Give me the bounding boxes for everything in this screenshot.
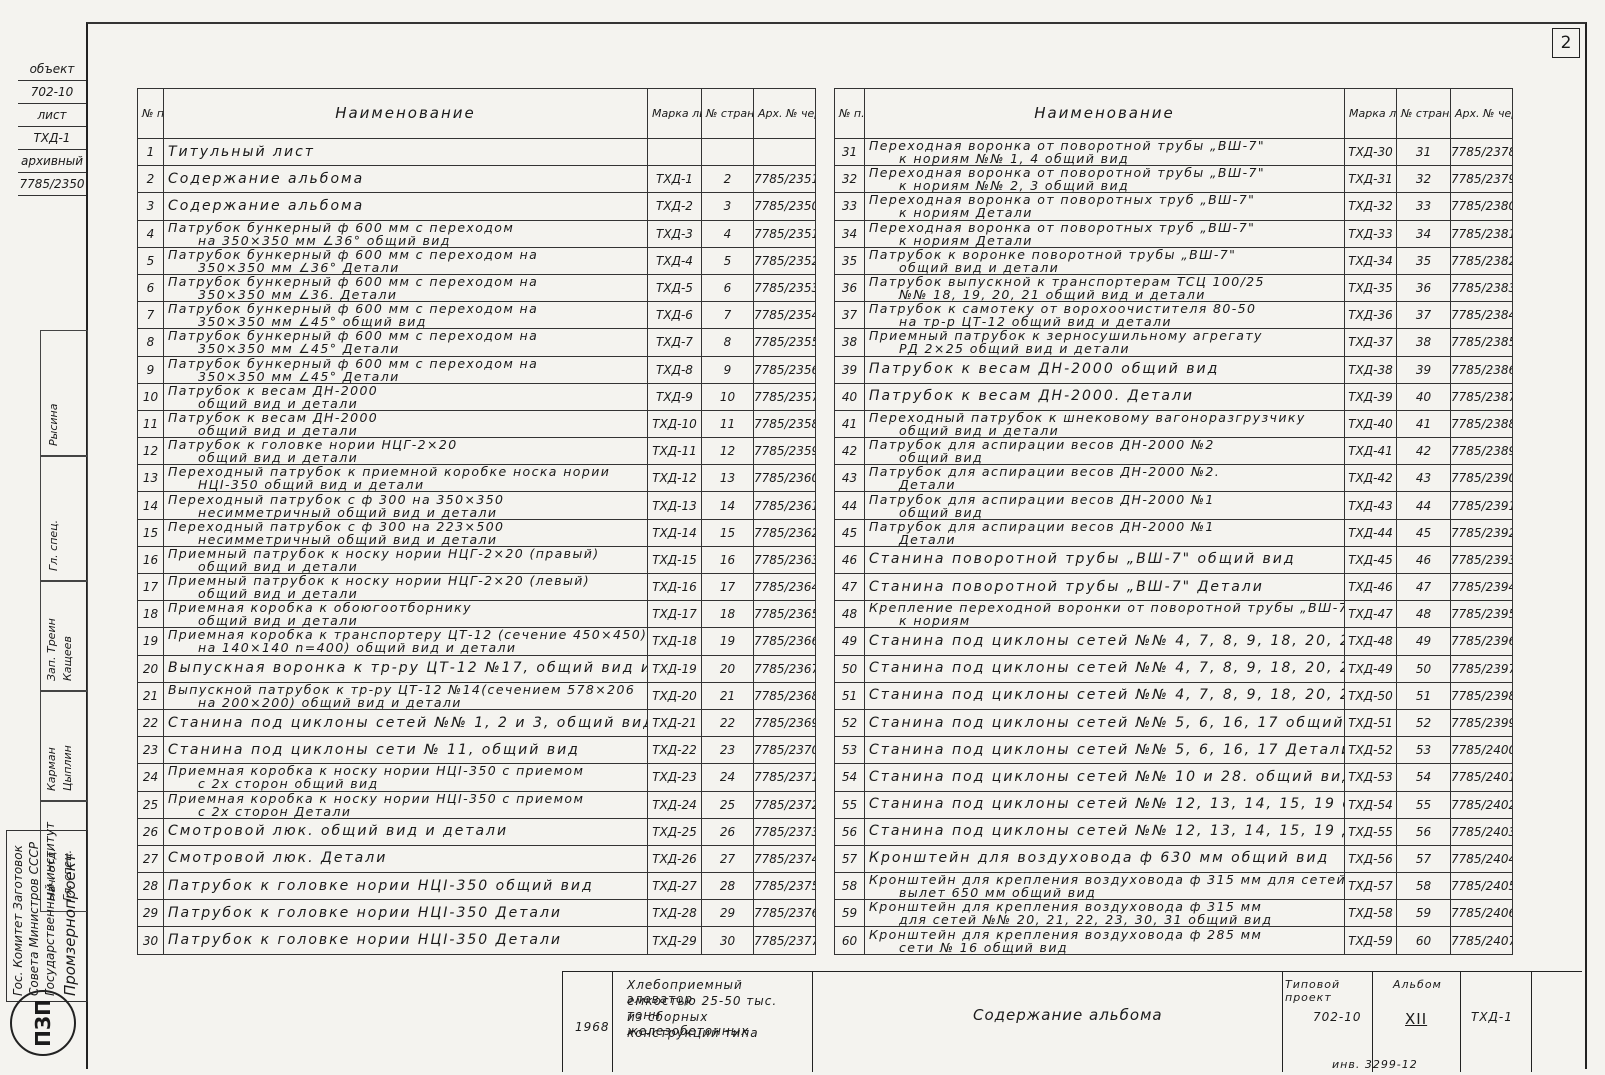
row-archive-number: 7785/2350 [754, 193, 816, 220]
row-number: 20 [138, 655, 164, 682]
org-line: Государственный институт [43, 822, 57, 996]
contents-table-left: № п.п. Наименование Марка лист № страниц… [137, 88, 816, 955]
archive-stamp: объект 702-10 лист ТХД-1 архивный 7785/2… [18, 58, 86, 196]
col-mark-header: Марка лист [1345, 89, 1397, 139]
col-mark-header: Марка лист [648, 89, 702, 139]
row-name: Патрубок к весам ДН-2000общий вид и дета… [164, 410, 648, 437]
row-number: 24 [138, 764, 164, 791]
table-row: 6Патрубок бункерный ф 600 мм с переходом… [138, 274, 816, 301]
row-name-line-1: Смотровой люк. Детали [168, 852, 643, 865]
row-page: 37 [1397, 302, 1451, 329]
row-archive-number: 7785/2399 [1451, 709, 1513, 736]
row-archive-number: 7785/2379 [1451, 166, 1513, 193]
row-page: 28 [702, 873, 754, 900]
row-number: 21 [138, 682, 164, 709]
row-page: 49 [1397, 628, 1451, 655]
year-cell: 1968 [562, 972, 613, 1072]
row-number: 23 [138, 737, 164, 764]
row-mark: ТХД-26 [648, 845, 702, 872]
row-name-line-2: общий вид и детали [168, 397, 643, 410]
project-name-cell: Хлебоприемный элеватор емкостью 25-50 ты… [612, 972, 813, 1072]
row-number: 6 [138, 274, 164, 301]
row-archive-number [754, 139, 816, 166]
album-cell: Альбом XII [1372, 972, 1461, 1072]
col-arch-header: Арх. № чертежа [1451, 89, 1513, 139]
table-row: 48Крепление переходной воронки от поворо… [835, 601, 1513, 628]
row-mark: ТХД-56 [1345, 845, 1397, 872]
table-row: 58Кронштейн для крепления воздуховода ф … [835, 873, 1513, 900]
row-archive-number: 7785/2368 [754, 682, 816, 709]
row-name-line-2: общий вид и детали [168, 614, 643, 627]
row-number: 11 [138, 410, 164, 437]
row-mark: ТХД-1 [648, 166, 702, 193]
table-row: 40Патрубок к весам ДН-2000. ДеталиТХД-39… [835, 383, 1513, 410]
row-number: 42 [835, 438, 865, 465]
row-archive-number: 7785/2355 [754, 329, 816, 356]
row-name: Кронштейн для крепления воздуховода ф 31… [865, 873, 1345, 900]
row-name-line-1: Станина под циклоны сетей №№ 5, 6, 16, 1… [869, 717, 1340, 730]
row-mark: ТХД-7 [648, 329, 702, 356]
row-archive-number: 7785/2375 [754, 873, 816, 900]
row-page: 36 [1397, 274, 1451, 301]
row-name: Крепление переходной воронки от поворотн… [865, 601, 1345, 628]
row-mark: ТХД-44 [1345, 519, 1397, 546]
row-mark: ТХД-47 [1345, 601, 1397, 628]
row-name-line-1: Станина под циклоны сетей №№ 5, 6, 16, 1… [869, 744, 1340, 757]
row-name-line-2: общий вид и детали [168, 424, 643, 437]
row-archive-number: 7785/2395 [1451, 601, 1513, 628]
row-mark: ТХД-14 [648, 519, 702, 546]
row-name-line-1: Патрубок к головке нории НЦI-350 Детали [168, 934, 643, 947]
row-name-line-1: Содержание альбома [168, 173, 643, 186]
row-page: 54 [1397, 764, 1451, 791]
table-row: 56Станина под циклоны сетей №№ 12, 13, 1… [835, 818, 1513, 845]
row-page: 9 [702, 356, 754, 383]
row-name-line-2: на 350×350 мм ∠36° общий вид [168, 234, 643, 247]
table-row: 44Патрубок для аспирации весов ДН-2000 №… [835, 492, 1513, 519]
row-mark: ТХД-55 [1345, 818, 1397, 845]
contents-table-right: № п.п. Наименование Марка лист № страниц… [834, 88, 1513, 955]
row-page: 4 [702, 220, 754, 247]
row-name-line-1: Патрубок к весам ДН-2000 [168, 384, 643, 397]
row-number: 5 [138, 247, 164, 274]
row-page: 55 [1397, 791, 1451, 818]
col-num-header: № п.п. [835, 89, 865, 139]
row-mark: ТХД-24 [648, 791, 702, 818]
row-mark: ТХД-46 [1345, 574, 1397, 601]
col-page-header: № страниц альбома [1397, 89, 1451, 139]
table-row: 37Патрубок к самотеку от ворохоочистител… [835, 302, 1513, 329]
row-name-line-2: 350×350 мм ∠36. Детали [168, 288, 643, 301]
row-number: 40 [835, 383, 865, 410]
row-number: 26 [138, 818, 164, 845]
row-number: 30 [138, 927, 164, 954]
row-number: 48 [835, 601, 865, 628]
table-row: 13Переходный патрубок к приемной коробке… [138, 465, 816, 492]
sheet-code-cell: ТХД-1 [1460, 972, 1532, 1072]
table-row: 9Патрубок бункерный ф 600 мм с переходом… [138, 356, 816, 383]
row-page: 31 [1397, 139, 1451, 166]
row-number: 47 [835, 574, 865, 601]
table-row: 11Патрубок к весам ДН-2000общий вид и де… [138, 410, 816, 437]
table-row: 54Станина под циклоны сетей №№ 10 и 28. … [835, 764, 1513, 791]
org-line: Совета Министров СССР [27, 842, 41, 996]
row-page: 52 [1397, 709, 1451, 736]
row-name: Патрубок для аспирации весов ДН-2000 №1Д… [865, 519, 1345, 546]
row-archive-number: 7785/2396 [1451, 628, 1513, 655]
row-name: Переходная воронка от поворотных труб „В… [865, 220, 1345, 247]
row-name: Приемная коробка к носку нории НЦI-350 с… [164, 764, 648, 791]
row-number: 33 [835, 193, 865, 220]
row-mark: ТХД-19 [648, 655, 702, 682]
row-name-line-1: Станина под циклоны сетей №№ 10 и 28. об… [869, 771, 1340, 784]
row-mark: ТХД-43 [1345, 492, 1397, 519]
row-page: 15 [702, 519, 754, 546]
row-archive-number: 7785/2388 [1451, 410, 1513, 437]
row-name: Переходный патрубок с ф 300 на 223×500не… [164, 519, 648, 546]
row-archive-number: 7785/2407 [1451, 927, 1513, 954]
table-row: 39Патрубок к весам ДН-2000 общий видТХД-… [835, 356, 1513, 383]
row-name: Станина под циклоны сетей №№ 5, 6, 16, 1… [865, 737, 1345, 764]
table-row: 27Смотровой люк. ДеталиТХД-26277785/2374 [138, 845, 816, 872]
archive-label: архивный [18, 150, 86, 173]
row-number: 10 [138, 383, 164, 410]
row-name-line-1: Станина под циклоны сетей №№ 12, 13, 14,… [869, 825, 1340, 838]
row-name-line-1: Патрубок для аспирации весов ДН-2000 №1 [869, 493, 1340, 506]
row-mark: ТХД-30 [1345, 139, 1397, 166]
row-mark: ТХД-29 [648, 927, 702, 954]
row-name-line-2: общий вид [869, 506, 1340, 519]
row-archive-number: 7785/2365 [754, 601, 816, 628]
row-name-line-1: Станина под циклоны сетей №№ 4, 7, 8, 9,… [869, 662, 1340, 675]
row-mark: ТХД-54 [1345, 791, 1397, 818]
row-name-line-1: Станина поворотной трубы „ВШ-7" Детали [869, 581, 1340, 594]
row-page: 60 [1397, 927, 1451, 954]
row-name: Переходный патрубок с ф 300 на 350×350не… [164, 492, 648, 519]
row-page: 3 [702, 193, 754, 220]
row-page: 32 [1397, 166, 1451, 193]
row-name-line-2: РД 2×25 общий вид и детали [869, 342, 1340, 355]
row-name-line-1: Выпускная воронка к тр-ру ЦТ-12 №17, общ… [168, 662, 643, 675]
row-name-line-2: несимметричный общий вид и детали [168, 506, 643, 519]
row-name: Станина под циклоны сетей №№ 5, 6, 16, 1… [865, 709, 1345, 736]
row-mark: ТХД-3 [648, 220, 702, 247]
table-row: 14Переходный патрубок с ф 300 на 350×350… [138, 492, 816, 519]
row-page: 39 [1397, 356, 1451, 383]
row-name: Приемная коробка к носку нории НЦI-350 с… [164, 791, 648, 818]
album-value: XII [1405, 1010, 1427, 1028]
row-mark: ТХД-23 [648, 764, 702, 791]
row-name: Станина под циклоны сети № 11, общий вид [164, 737, 648, 764]
row-page: 18 [702, 601, 754, 628]
table-row: 24Приемная коробка к носку нории НЦI-350… [138, 764, 816, 791]
row-mark: ТХД-21 [648, 709, 702, 736]
sheet-title: Содержание альбома [973, 1006, 1163, 1024]
sheet-code: ТХД-1 [1471, 1010, 1513, 1024]
row-number: 35 [835, 247, 865, 274]
row-name-line-2: на 140×140 n=400) общий вид и детали [168, 641, 643, 654]
row-name: Кронштейн для воздуховода ф 630 мм общий… [865, 845, 1345, 872]
row-archive-number: 7785/2380 [1451, 193, 1513, 220]
row-archive-number: 7785/2391 [1451, 492, 1513, 519]
row-name-line-1: Патрубок к весам ДН-2000. Детали [869, 390, 1340, 403]
row-number: 2 [138, 166, 164, 193]
row-page: 12 [702, 438, 754, 465]
row-archive-number: 7785/2400 [1451, 737, 1513, 764]
row-page: 50 [1397, 655, 1451, 682]
row-name: Патрубок к весам ДН-2000 общий вид [865, 356, 1345, 383]
row-archive-number: 7785/2362 [754, 519, 816, 546]
row-number: 16 [138, 546, 164, 573]
row-archive-number: 7785/2376 [754, 900, 816, 927]
row-number: 57 [835, 845, 865, 872]
row-mark: ТХД-18 [648, 628, 702, 655]
row-mark: ТХД-50 [1345, 682, 1397, 709]
row-name: Смотровой люк. общий вид и детали [164, 818, 648, 845]
row-archive-number: 7785/2358 [754, 410, 816, 437]
row-name-line-2: на тр-р ЦТ-12 общий вид и детали [869, 315, 1340, 328]
row-archive-number: 7785/2378 [1451, 139, 1513, 166]
row-number: 59 [835, 900, 865, 927]
row-mark: ТХД-2 [648, 193, 702, 220]
row-number: 13 [138, 465, 164, 492]
row-archive-number: 7785/2384 [1451, 302, 1513, 329]
row-page: 23 [702, 737, 754, 764]
row-mark: ТХД-28 [648, 900, 702, 927]
row-name-line-1: Переходный патрубок с ф 300 на 350×350 [168, 493, 643, 506]
row-mark: ТХД-13 [648, 492, 702, 519]
row-name-line-1: Станина под циклоны сетей №№ 12, 13, 14,… [869, 798, 1340, 811]
table-row: 38Приемный патрубок к зерносушильному аг… [835, 329, 1513, 356]
row-page: 33 [1397, 193, 1451, 220]
row-page: 35 [1397, 247, 1451, 274]
sheet-value: ТХД-1 [18, 127, 86, 150]
row-archive-number: 7785/2377 [754, 927, 816, 954]
row-page: 58 [1397, 873, 1451, 900]
row-name-line-2: на 200×200) общий вид и детали [168, 696, 643, 709]
table-row: 35Патрубок к воронке поворотной трубы „В… [835, 247, 1513, 274]
row-page: 16 [702, 546, 754, 573]
table-row: 12Патрубок к головке нории НЦГ-2×20общий… [138, 438, 816, 465]
row-name: Переходный патрубок к шнековому вагонора… [865, 410, 1345, 437]
row-archive-number: 7785/2374 [754, 845, 816, 872]
row-name-line-1: Станина под циклоны сетей №№ 4, 7, 8, 9,… [869, 635, 1340, 648]
row-name: Патрубок к весам ДН-2000. Детали [865, 383, 1345, 410]
row-mark: ТХД-53 [1345, 764, 1397, 791]
row-archive-number: 7785/2397 [1451, 655, 1513, 682]
row-archive-number: 7785/2367 [754, 655, 816, 682]
row-mark: ТХД-10 [648, 410, 702, 437]
table-row: 3Содержание альбомаТХД-237785/2350 [138, 193, 816, 220]
row-archive-number: 7785/2404 [1451, 845, 1513, 872]
signature-cell: Гл. спец. [47, 520, 60, 571]
row-number: 49 [835, 628, 865, 655]
row-archive-number: 7785/2405 [1451, 873, 1513, 900]
row-archive-number: 7785/2356 [754, 356, 816, 383]
row-archive-number: 7785/2387 [1451, 383, 1513, 410]
row-name: Патрубок выпускной к транспортерам ТСЦ 1… [865, 274, 1345, 301]
row-number: 54 [835, 764, 865, 791]
row-mark: ТХД-38 [1345, 356, 1397, 383]
row-name-line-2: общий вид [869, 451, 1340, 464]
row-name: Станина под циклоны сетей №№ 4, 7, 8, 9,… [865, 628, 1345, 655]
row-mark [648, 139, 702, 166]
row-archive-number: 7785/2366 [754, 628, 816, 655]
row-mark: ТХД-6 [648, 302, 702, 329]
row-name-line-2: к нориям Детали [869, 206, 1340, 219]
row-archive-number: 7785/2351 [754, 220, 816, 247]
table-row: 31Переходная воронка от поворотной трубы… [835, 139, 1513, 166]
row-mark: ТХД-42 [1345, 465, 1397, 492]
row-name-line-1: Патрубок бункерный ф 600 мм с переходом … [168, 248, 643, 261]
row-name-line-1: Выпускной патрубок к тр-ру ЦТ-12 №14(сеч… [168, 683, 643, 696]
row-page: 44 [1397, 492, 1451, 519]
row-number: 29 [138, 900, 164, 927]
row-page: 2 [702, 166, 754, 193]
row-mark: ТХД-52 [1345, 737, 1397, 764]
row-number: 43 [835, 465, 865, 492]
signature-cell: Цыплин [61, 745, 74, 791]
signature-cell: Рысина [47, 404, 60, 446]
table-row: 29Патрубок к головке нории НЦI-350 Детал… [138, 900, 816, 927]
row-name-line-1: Патрубок к головке нории НЦI-350 общий в… [168, 880, 643, 893]
row-number: 19 [138, 628, 164, 655]
row-mark: ТХД-33 [1345, 220, 1397, 247]
footer-note: инв. 3299-12 [1332, 1058, 1418, 1071]
table-row: 16Приемный патрубок к носку нории НЦГ-2×… [138, 546, 816, 573]
row-page: 26 [702, 818, 754, 845]
row-name: Выпускной патрубок к тр-ру ЦТ-12 №14(сеч… [164, 682, 648, 709]
row-archive-number: 7785/2351 [754, 166, 816, 193]
table-row: 55Станина под циклоны сетей №№ 12, 13, 1… [835, 791, 1513, 818]
row-number: 12 [138, 438, 164, 465]
row-page: 53 [1397, 737, 1451, 764]
row-archive-number: 7785/2392 [1451, 519, 1513, 546]
year: 1968 [575, 1020, 610, 1034]
row-name-line-1: Патрубок бункерный ф 600 мм с переходом [168, 221, 643, 234]
institute-logo-icon: ПЗП [10, 990, 76, 1056]
row-name-line-1: Станина поворотной трубы „ВШ-7" общий ви… [869, 553, 1340, 566]
table-row: 60Кронштейн для крепления воздуховода ф … [835, 927, 1513, 954]
table-row: 52Станина под циклоны сетей №№ 5, 6, 16,… [835, 709, 1513, 736]
row-name-line-1: Приемная коробка к носку нории НЦI-350 с… [168, 792, 643, 805]
row-number: 3 [138, 193, 164, 220]
table-row: 30Патрубок к головке нории НЦI-350 Детал… [138, 927, 816, 954]
row-page: 48 [1397, 601, 1451, 628]
row-number: 34 [835, 220, 865, 247]
row-name: Станина поворотной трубы „ВШ-7" Детали [865, 574, 1345, 601]
signature-cell: Карман [45, 747, 58, 791]
row-name-line-1: Смотровой люк. общий вид и детали [168, 825, 643, 838]
row-name: Патрубок бункерный ф 600 мм с переходом … [164, 302, 648, 329]
row-archive-number: 7785/2364 [754, 574, 816, 601]
row-name: Станина под циклоны сетей №№ 4, 7, 8, 9,… [865, 682, 1345, 709]
row-name: Патрубок бункерный ф 600 мм с переходом … [164, 247, 648, 274]
row-name: Приемный патрубок к носку нории НЦГ-2×20… [164, 546, 648, 573]
row-archive-number: 7785/2369 [754, 709, 816, 736]
row-mark: ТХД-8 [648, 356, 702, 383]
table-row: 59Кронштейн для крепления воздуховода ф … [835, 900, 1513, 927]
row-number: 46 [835, 546, 865, 573]
row-name-line-2: 350×350 мм ∠45° общий вид [168, 315, 643, 328]
table-row: 19Приемная коробка к транспортеру ЦТ-12 … [138, 628, 816, 655]
row-mark: ТХД-12 [648, 465, 702, 492]
sheet-number: 2 [1552, 28, 1580, 58]
row-mark: ТХД-15 [648, 546, 702, 573]
row-mark: ТХД-5 [648, 274, 702, 301]
row-archive-number: 7785/2406 [1451, 900, 1513, 927]
row-name-line-2: к нориям [869, 614, 1340, 627]
row-archive-number: 7785/2382 [1451, 247, 1513, 274]
row-name-line-1: Патрубок для аспирации весов ДН-2000 №1 [869, 520, 1340, 533]
row-mark: ТХД-51 [1345, 709, 1397, 736]
table-row: 21Выпускной патрубок к тр-ру ЦТ-12 №14(с… [138, 682, 816, 709]
row-number: 14 [138, 492, 164, 519]
row-mark: ТХД-16 [648, 574, 702, 601]
row-archive-number: 7785/2386 [1451, 356, 1513, 383]
row-mark: ТХД-22 [648, 737, 702, 764]
row-name-line-2: Детали [869, 478, 1340, 491]
row-name-line-2: несимметричный общий вид и детали [168, 533, 643, 546]
row-number: 8 [138, 329, 164, 356]
row-number: 58 [835, 873, 865, 900]
row-archive-number: 7785/2394 [1451, 574, 1513, 601]
row-number: 22 [138, 709, 164, 736]
table-header-row: № п.п. Наименование Марка лист № страниц… [835, 89, 1513, 139]
row-mark: ТХД-32 [1345, 193, 1397, 220]
row-name: Кронштейн для крепления воздуховода ф 28… [865, 927, 1345, 954]
table-row: 20Выпускная воронка к тр-ру ЦТ-12 №17, о… [138, 655, 816, 682]
row-page: 57 [1397, 845, 1451, 872]
row-archive-number: 7785/2353 [754, 274, 816, 301]
col-name-header: Наименование [865, 89, 1345, 139]
archive-value: 7785/2350 [18, 173, 86, 196]
row-number: 7 [138, 302, 164, 329]
col-num-header: № п.п. [138, 89, 164, 139]
row-mark: ТХД-36 [1345, 302, 1397, 329]
col-arch-header: Арх. № чертежа [754, 89, 816, 139]
row-name-line-2: к нориям Детали [869, 234, 1340, 247]
table-row: 57Кронштейн для воздуховода ф 630 мм общ… [835, 845, 1513, 872]
row-name-line-2: для сетей №№ 20, 21, 22, 23, 30, 31 общи… [869, 913, 1340, 926]
table-row: 26Смотровой люк. общий вид и деталиТХД-2… [138, 818, 816, 845]
row-archive-number: 7785/2359 [754, 438, 816, 465]
org-line: Промзернопроект [61, 853, 79, 996]
row-name: Станина поворотной трубы „ВШ-7" общий ви… [865, 546, 1345, 573]
row-name: Содержание альбома [164, 166, 648, 193]
row-archive-number: 7785/2393 [1451, 546, 1513, 573]
row-number: 17 [138, 574, 164, 601]
row-page: 59 [1397, 900, 1451, 927]
row-archive-number: 7785/2363 [754, 546, 816, 573]
table-row: 25Приемная коробка к носку нории НЦI-350… [138, 791, 816, 818]
row-mark: ТХД-59 [1345, 927, 1397, 954]
table-row: 50Станина под циклоны сетей №№ 4, 7, 8, … [835, 655, 1513, 682]
table-header-row: № п.п. Наименование Марка лист № страниц… [138, 89, 816, 139]
row-name: Приемная коробка к транспортеру ЦТ-12 (с… [164, 628, 648, 655]
row-name: Станина под циклоны сетей №№ 12, 13, 14,… [865, 818, 1345, 845]
row-mark: ТХД-49 [1345, 655, 1397, 682]
table-row: 4Патрубок бункерный ф 600 мм с переходом… [138, 220, 816, 247]
row-page: 29 [702, 900, 754, 927]
row-archive-number: 7785/2352 [754, 247, 816, 274]
row-archive-number: 7785/2361 [754, 492, 816, 519]
row-mark: ТХД-48 [1345, 628, 1397, 655]
signature-cell: Кащеев [61, 636, 74, 681]
row-archive-number: 7785/2357 [754, 383, 816, 410]
row-name: Кронштейн для крепления воздуховода ф 31… [865, 900, 1345, 927]
row-name: Патрубок к головке нории НЦI-350 Детали [164, 900, 648, 927]
